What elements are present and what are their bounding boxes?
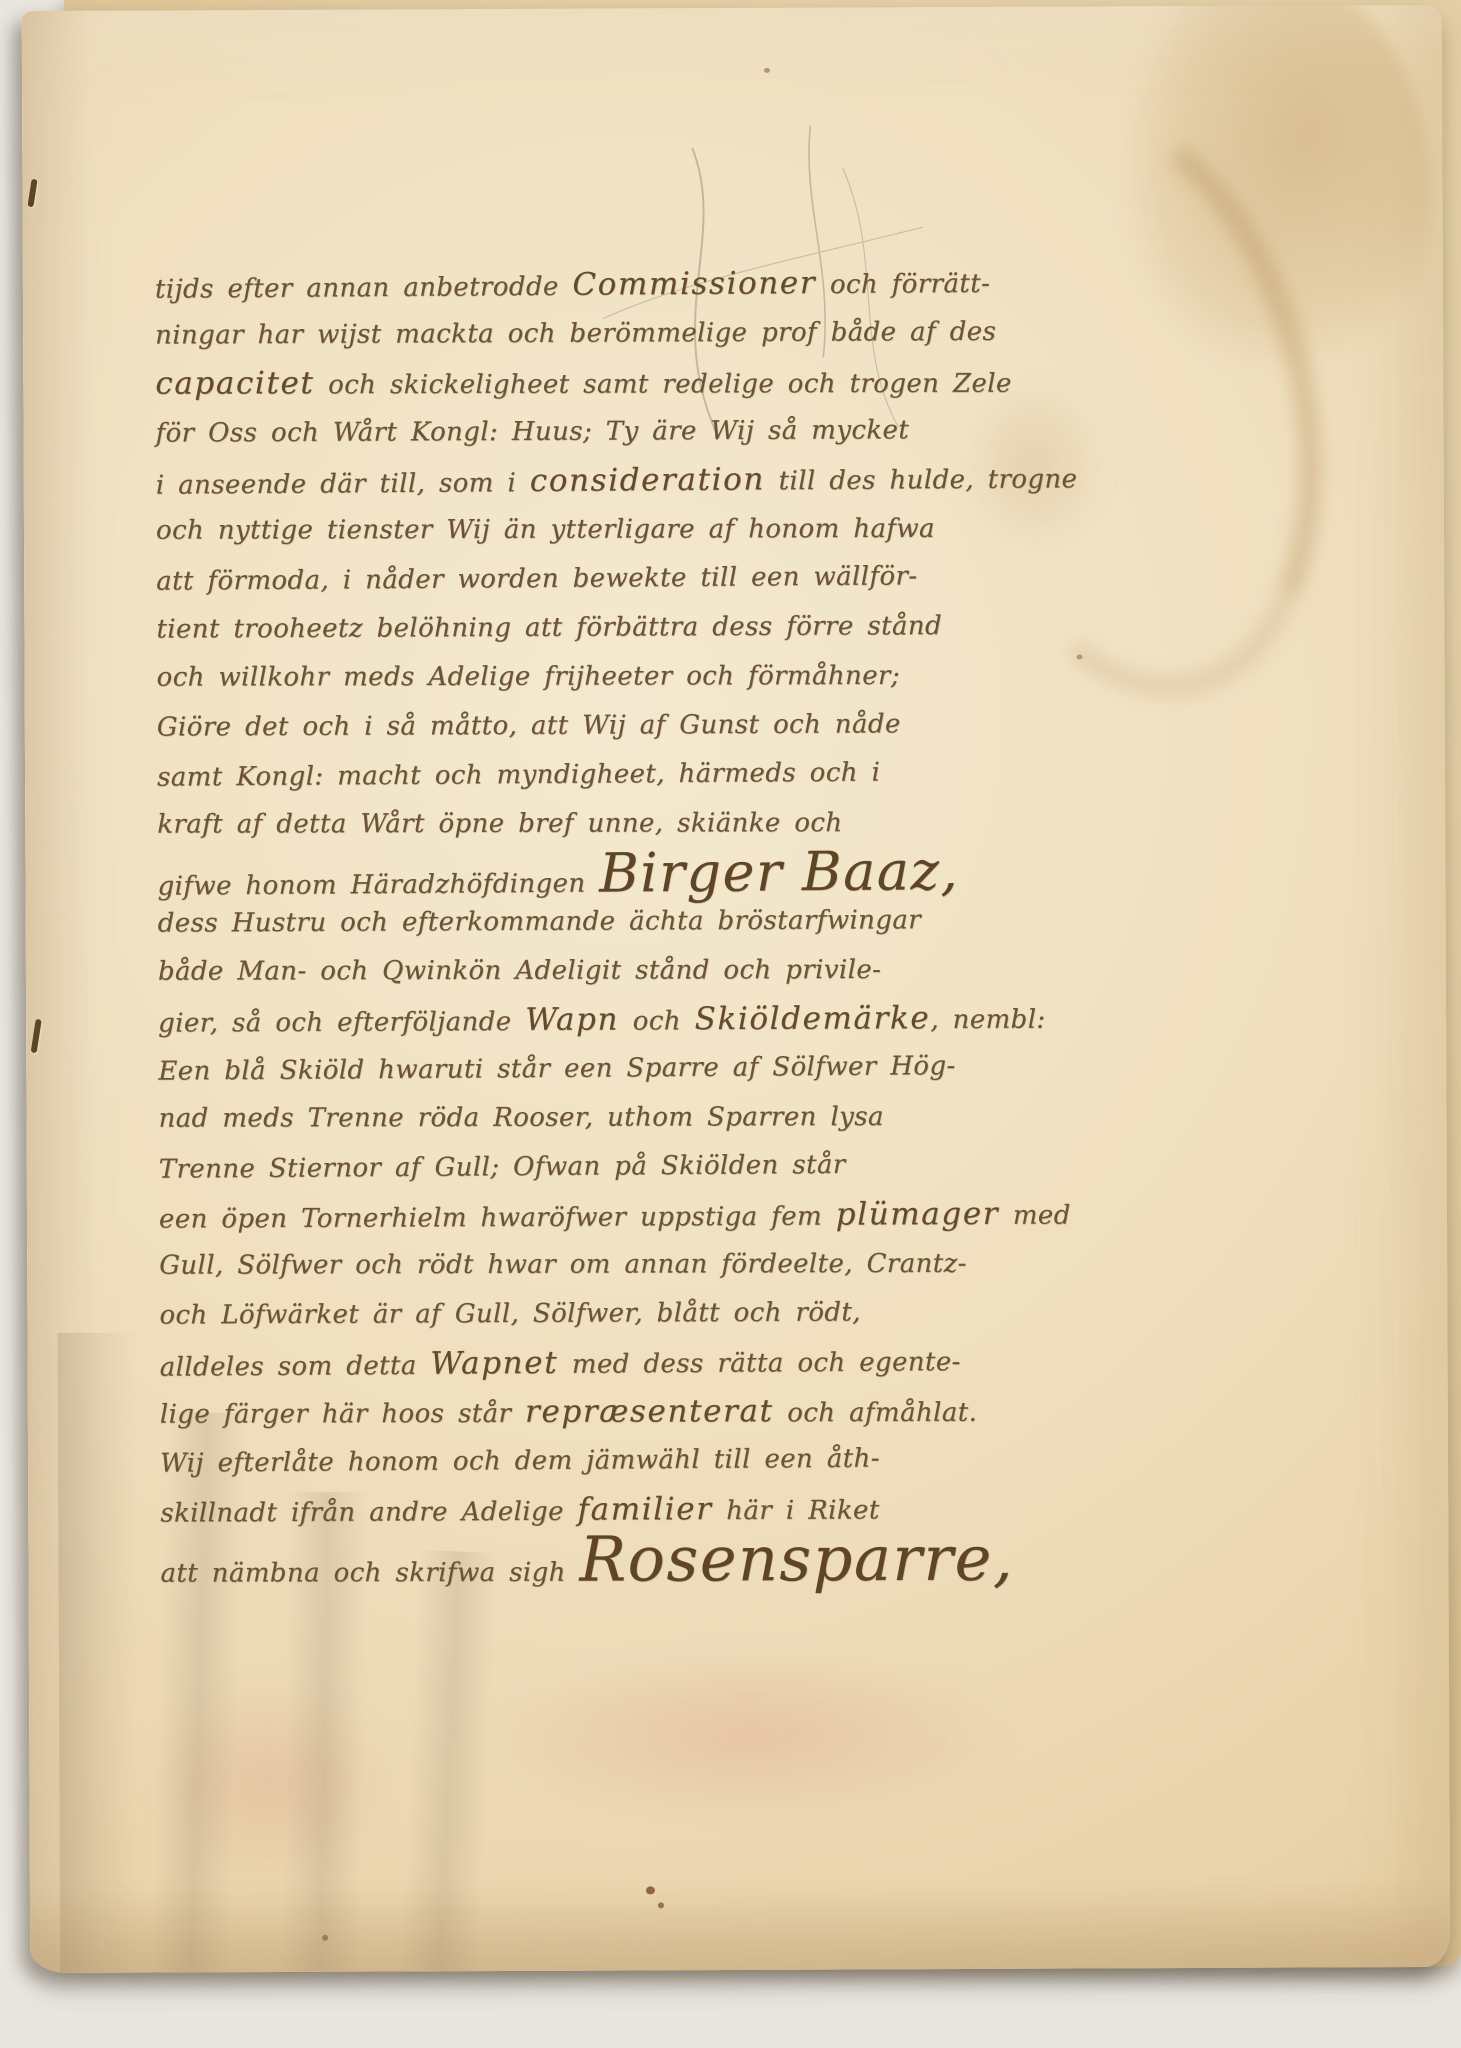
manuscript-line: Wij efterlåte honom och dem jämwähl till… [160, 1434, 1020, 1489]
text-segment: tient trooheetz belöhning att förbättra … [156, 611, 942, 644]
text-segment: kraft af detta Wårt öpne bref unne, skiä… [157, 808, 842, 840]
manuscript-line: för Oss och Wårt Kongl: Huus; Ty äre Wij… [155, 406, 1015, 459]
text-segment: till des hulde, trogne [765, 464, 1078, 496]
text-segment: och skickeligheet samt redelige och trog… [314, 369, 1011, 401]
text-segment: dess Hustru och efterkommande ächta brös… [158, 905, 921, 938]
text-segment: samt Kongl: macht och myndigheet, härmed… [157, 758, 880, 793]
manuscript-line: lige färger här hoos står repræsenterat … [160, 1387, 1020, 1438]
text-segment: att förmoda, i nåder worden bewekte till… [156, 561, 918, 596]
manuscript-line: Een blå Skiöld hwaruti står een Sparre a… [158, 1042, 1018, 1097]
text-segment: capacitet [155, 365, 314, 401]
manuscript-line: i anseende där till, som i consideration… [156, 454, 1016, 509]
foxing-spot [646, 1886, 655, 1894]
text-segment: och [619, 1006, 695, 1036]
text-segment: Commissioner [572, 265, 816, 303]
manuscript-line: och willkohr meds Adelige frijheeter och… [157, 652, 1017, 703]
manuscript-line: och nyttige tienster Wij än ytterligare … [156, 505, 1016, 556]
photo-background: tijds efter annan anbetrodde Commissione… [0, 0, 1461, 2048]
text-segment: skillnadt ifrån andre Adelige [160, 1497, 577, 1529]
manuscript-line: Gull, Sölfwer och rödt hwar om annan för… [159, 1240, 1019, 1291]
text-segment: i anseende där till, som i [156, 468, 530, 501]
text-segment: Wapnet [430, 1345, 558, 1382]
text-segment: både Man- och Qwinkön Adeligit stånd och… [158, 955, 881, 987]
text-segment: , nembl: [930, 1005, 1045, 1036]
manuscript-line: tient trooheetz belöhning att förbättra … [156, 602, 1016, 655]
manuscript-line: een öpen Tornerhielm hwaröfwer uppstiga … [159, 1190, 1019, 1243]
text-segment: Wij efterlåte honom och dem jämwähl till… [160, 1444, 880, 1479]
manuscript-line: att nämbna och skrifwa sigh Rosensparre, [160, 1534, 1020, 1585]
manuscript-page: tijds efter annan anbetrodde Commissione… [22, 5, 1451, 1973]
manuscript-line: gier, så och efterföljande Wapn och Skiö… [158, 994, 1018, 1047]
manuscript-line: och Löfwärket är af Gull, Sölfwer, blått… [159, 1288, 1019, 1341]
text-segment: Wapn [525, 1002, 619, 1038]
manuscript-line: att förmoda, i nåder worden bewekte till… [156, 552, 1016, 607]
text-segment: Gull, Sölfwer och rödt hwar om annan för… [159, 1249, 967, 1281]
manuscript-line: både Man- och Qwinkön Adeligit stånd och… [158, 946, 1018, 997]
text-segment: för Oss och Wårt Kongl: Huus; Ty äre Wij… [156, 415, 910, 448]
manuscript-line: Giöre det och i så måtto, att Wij af Gun… [157, 700, 1017, 753]
foxing-spot [1077, 654, 1083, 659]
text-segment: Skiöldemärke [694, 1000, 930, 1037]
text-segment: lige färger här hoos står [160, 1399, 525, 1430]
text-segment: med [999, 1201, 1071, 1231]
text-segment: och willkohr meds Adelige frijheeter och… [157, 661, 900, 693]
text-segment: alldeles som detta [160, 1351, 431, 1383]
manuscript-line: gifwe honom Häradzhöfdingen Birger Baaz, [157, 846, 1017, 901]
manuscript-line: samt Kongl: macht och myndigheet, härmed… [157, 748, 1017, 803]
foxing-spot [658, 1902, 664, 1908]
manuscript-line: nad meds Trenne röda Rooser, uthom Sparr… [159, 1093, 1019, 1144]
text-segment: een öpen Tornerhielm hwaröfwer uppstiga … [159, 1202, 836, 1235]
text-segment: Trenne Stiernor af Gull; Ofwan på Skiöld… [159, 1150, 846, 1185]
text-segment: med dess rätta och egente- [558, 1347, 961, 1380]
text-segment: ningar har wijst mackta och berömmelige … [155, 317, 996, 351]
manuscript-text: tijds efter annan anbetrodde Commissione… [155, 259, 1021, 1586]
text-segment: och förrätt- [816, 269, 990, 300]
text-segment: gifwe honom Häradzhöfdingen [157, 869, 599, 902]
text-segment: tijds efter annan anbetrodde [155, 272, 573, 305]
manuscript-line: alldeles som detta Wapnet med dess rätta… [159, 1336, 1019, 1391]
manuscript-line: tijds efter annan anbetrodde Commissione… [155, 258, 1015, 313]
text-segment: plümager [836, 1196, 1000, 1233]
aged-edge [22, 11, 101, 1973]
text-segment: gier, så och efterföljande [158, 1007, 525, 1039]
text-segment: att nämbna och skrifwa sigh [160, 1558, 579, 1589]
text-segment: Giöre det och i så måtto, att Wij af Gun… [157, 709, 901, 742]
foxing-spot [764, 68, 770, 73]
manuscript-line: Trenne Stiernor af Gull; Ofwan på Skiöld… [159, 1140, 1019, 1195]
manuscript-line: ningar har wijst mackta och berömmelige … [155, 308, 1015, 361]
text-segment: och afmåhlat. [774, 1398, 978, 1428]
manuscript-line: capacitet och skickeligheet samt redelig… [155, 358, 1015, 409]
text-segment: Een blå Skiöld hwaruti står een Sparre a… [158, 1051, 955, 1087]
ennobled-name: Birger Baaz, [599, 839, 959, 905]
aged-edge [30, 1877, 1450, 1973]
text-segment: consideration [530, 461, 765, 499]
manuscript-line: dess Hustru och efterkommande ächta brös… [158, 896, 1018, 949]
text-segment: repræsenterat [525, 1393, 774, 1430]
text-segment: nad meds Trenne röda Rooser, uthom Sparr… [159, 1102, 884, 1134]
foxing-spot [322, 1935, 328, 1941]
text-segment: och nyttige tienster Wij än ytterligare … [156, 514, 935, 546]
text-segment: och Löfwärket är af Gull, Sölfwer, blått… [159, 1297, 861, 1330]
ennobled-name: Rosensparre, [579, 1522, 1014, 1596]
